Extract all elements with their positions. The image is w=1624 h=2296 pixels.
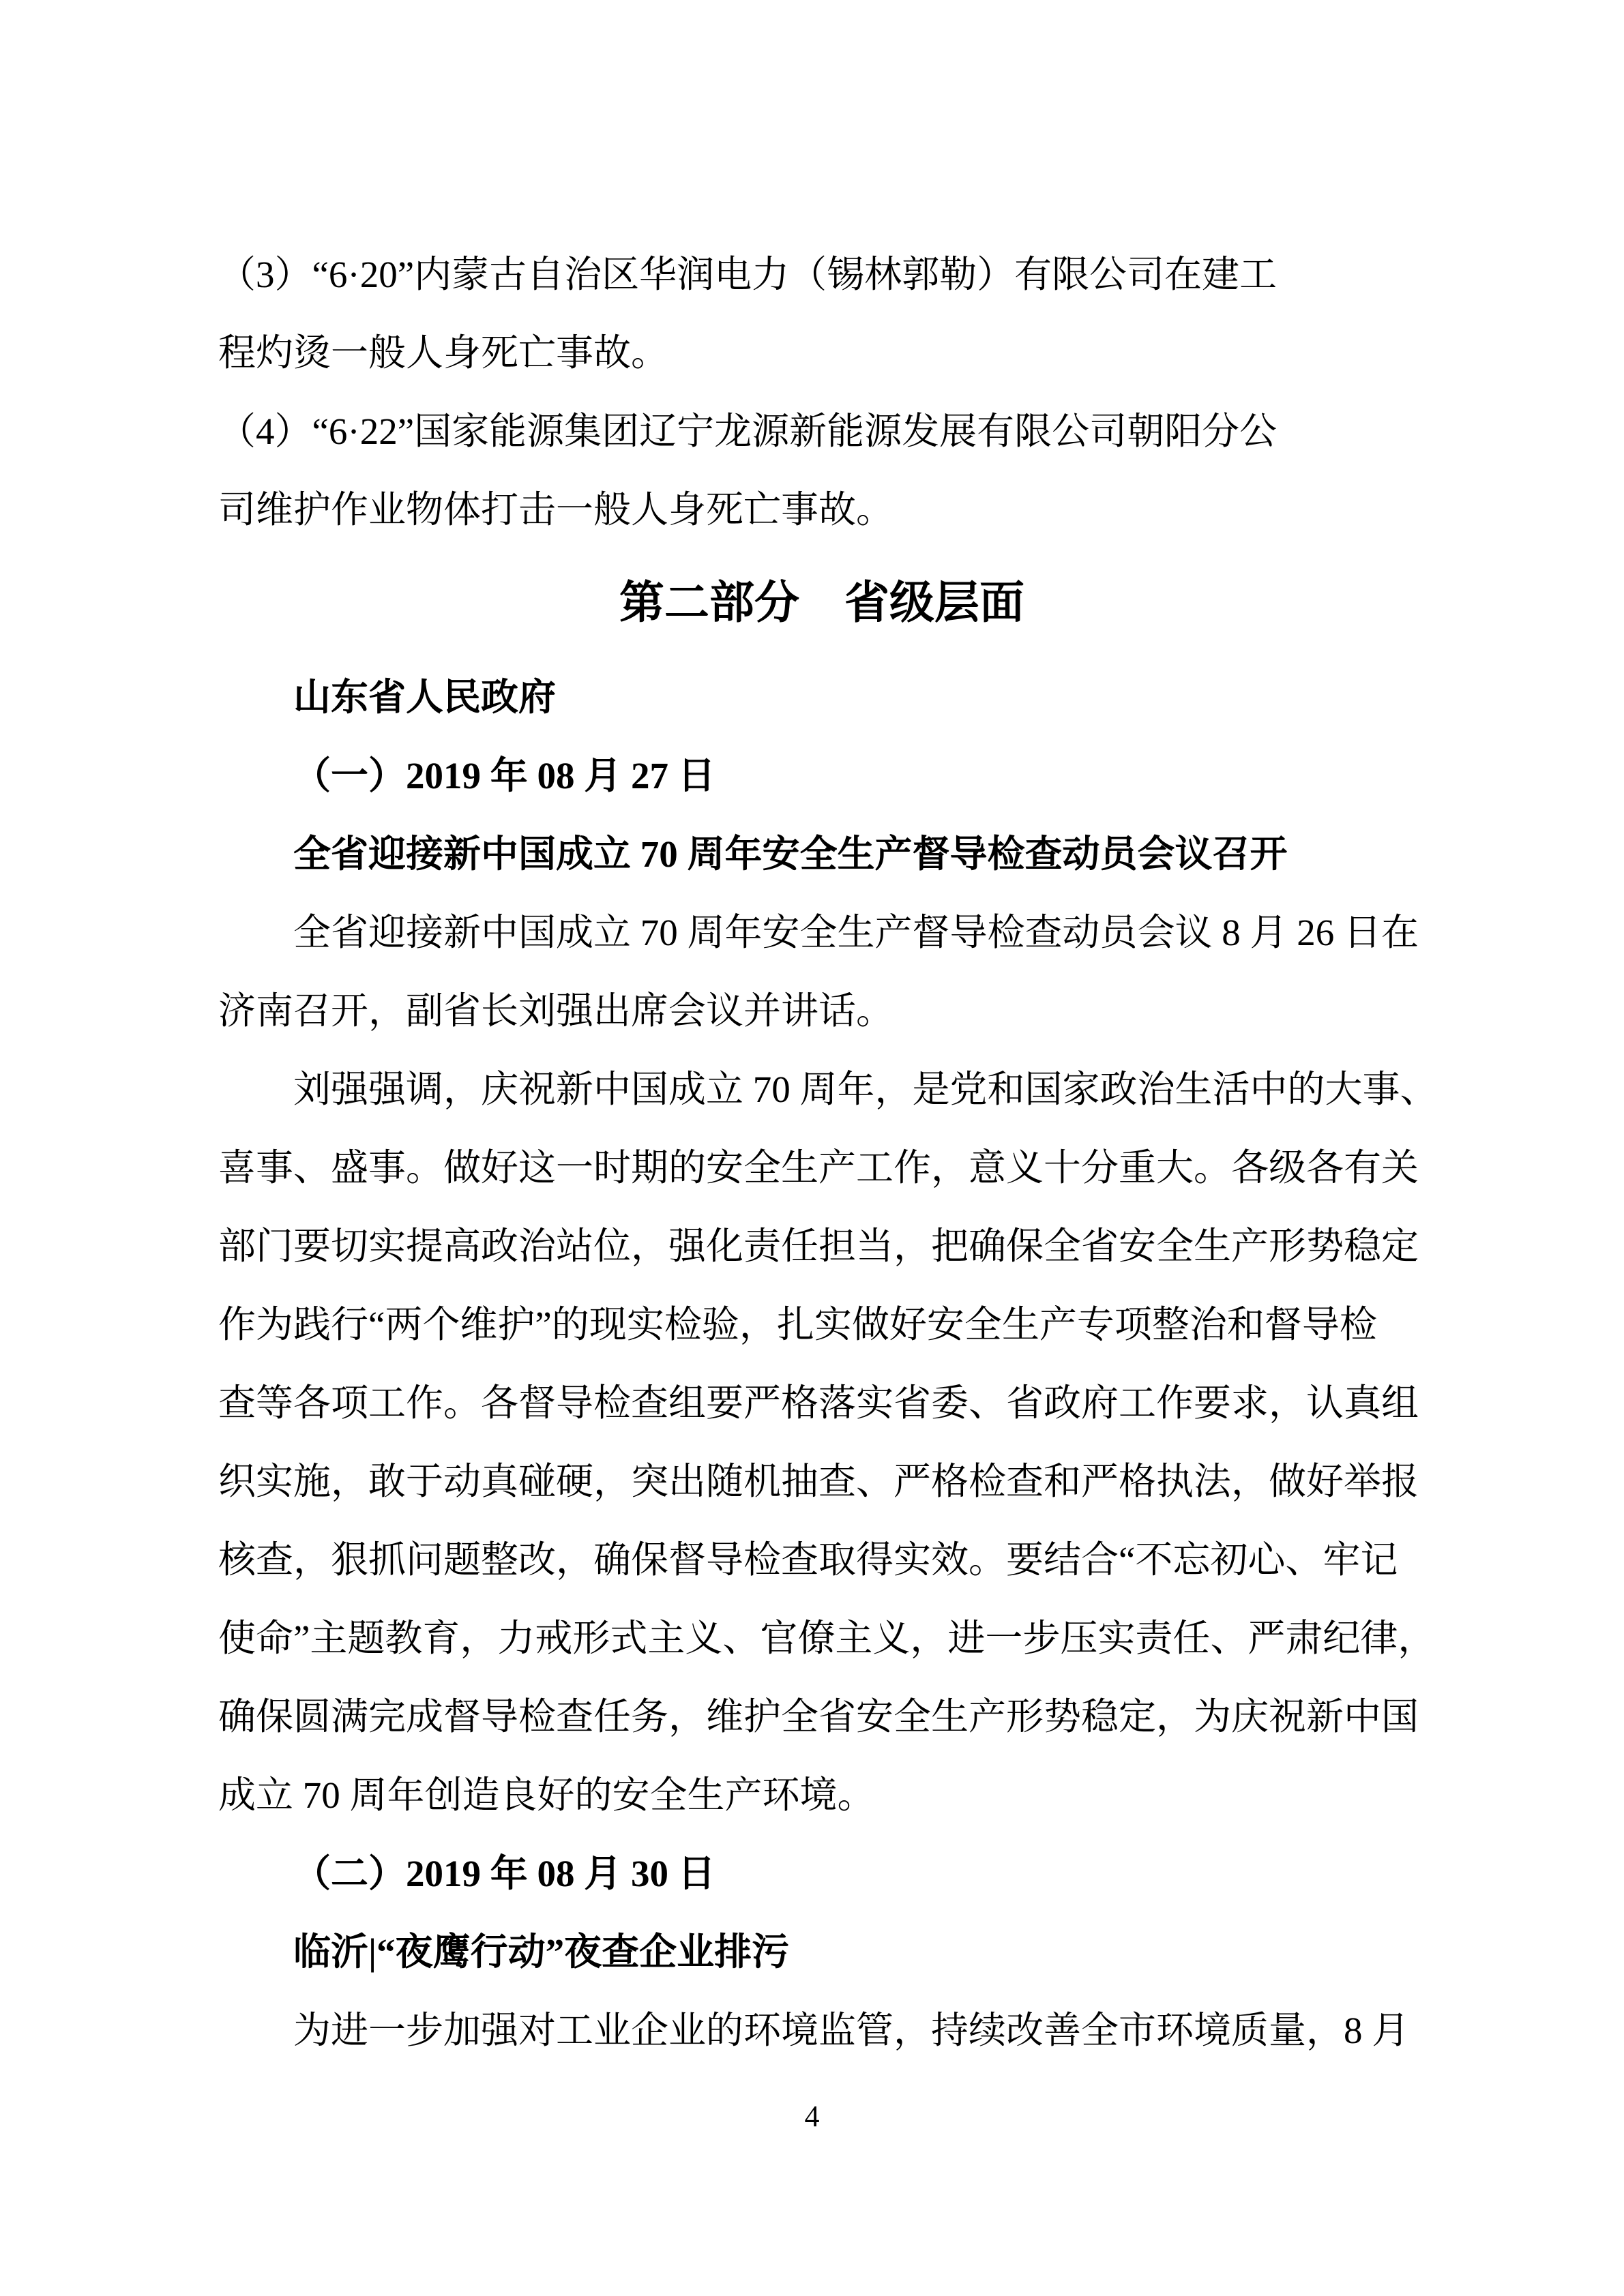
entry-1-para-2-line-5: 查等各项工作。各督导检查组要严格落实省委、省政府工作要求，认真组 xyxy=(218,1364,1426,1442)
entry-1-para-2-line-1: 刘强强调，庆祝新中国成立 70 周年，是党和国家政治生活中的大事、 xyxy=(218,1050,1426,1129)
page-number: 4 xyxy=(0,2102,1624,2132)
entry-1-date-heading: （一）2019 年 08 月 27 日 xyxy=(218,736,1426,815)
document-body: （3）“6·20”内蒙古自治区华润电力（锡林郭勒）有限公司在建工 程灼烫一般人身… xyxy=(218,235,1426,2070)
entry-1-para-2-line-6: 织实施，敢于动真碰硬，突出随机抽查、严格检查和严格执法，做好举报 xyxy=(218,1442,1426,1521)
entry-1-para-2-line-2: 喜事、盛事。做好这一时期的安全生产工作，意义十分重大。各级各有关 xyxy=(218,1129,1426,1207)
entry-2-para-1-line-1: 为进一步加强对工业企业的环境监管，持续改善全市环境质量，8 月 xyxy=(218,1991,1426,2070)
document-page: （3）“6·20”内蒙古自治区华润电力（锡林郭勒）有限公司在建工 程灼烫一般人身… xyxy=(0,0,1624,2296)
province-heading: 山东省人民政府 xyxy=(218,658,1426,736)
entry-1-para-1-line-2: 济南召开，副省长刘强出席会议并讲话。 xyxy=(218,972,1426,1050)
part-heading: 第二部分 省级层面 xyxy=(218,549,1426,658)
entry-1-para-2-line-8: 使命”主题教育，力戒形式主义、官僚主义，进一步压实责任、严肃纪律， xyxy=(218,1599,1426,1678)
entry-1-para-2-line-4: 作为践行“两个维护”的现实检验，扎实做好安全生产专项整治和督导检 xyxy=(218,1285,1426,1364)
entry-1-para-1-line-1: 全省迎接新中国成立 70 周年安全生产督导检查动员会议 8 月 26 日在 xyxy=(218,893,1426,972)
accident-item-3-line-2: 程灼烫一般人身死亡事故。 xyxy=(218,314,1426,392)
entry-1-para-2-line-9: 确保圆满完成督导检查任务，维护全省安全生产形势稳定，为庆祝新中国 xyxy=(218,1678,1426,1756)
accident-item-4-line-1: （4）“6·22”国家能源集团辽宁龙源新能源发展有限公司朝阳分公 xyxy=(218,392,1426,471)
entry-2-title: 临沂|“夜鹰行动”夜查企业排污 xyxy=(218,1913,1426,1991)
entry-1-para-2-line-10: 成立 70 周年创造良好的安全生产环境。 xyxy=(218,1756,1426,1834)
accident-item-3-line-1: （3）“6·20”内蒙古自治区华润电力（锡林郭勒）有限公司在建工 xyxy=(218,235,1426,314)
entry-1-para-2-line-3: 部门要切实提高政治站位，强化责任担当，把确保全省安全生产形势稳定 xyxy=(218,1207,1426,1285)
accident-item-4-line-2: 司维护作业物体打击一般人身死亡事故。 xyxy=(218,471,1426,549)
entry-1-para-2-line-7: 核查，狠抓问题整改，确保督导检查取得实效。要结合“不忘初心、牢记 xyxy=(218,1521,1426,1599)
entry-1-title: 全省迎接新中国成立 70 周年安全生产督导检查动员会议召开 xyxy=(218,815,1426,893)
entry-2-date-heading: （二）2019 年 08 月 30 日 xyxy=(218,1834,1426,1913)
